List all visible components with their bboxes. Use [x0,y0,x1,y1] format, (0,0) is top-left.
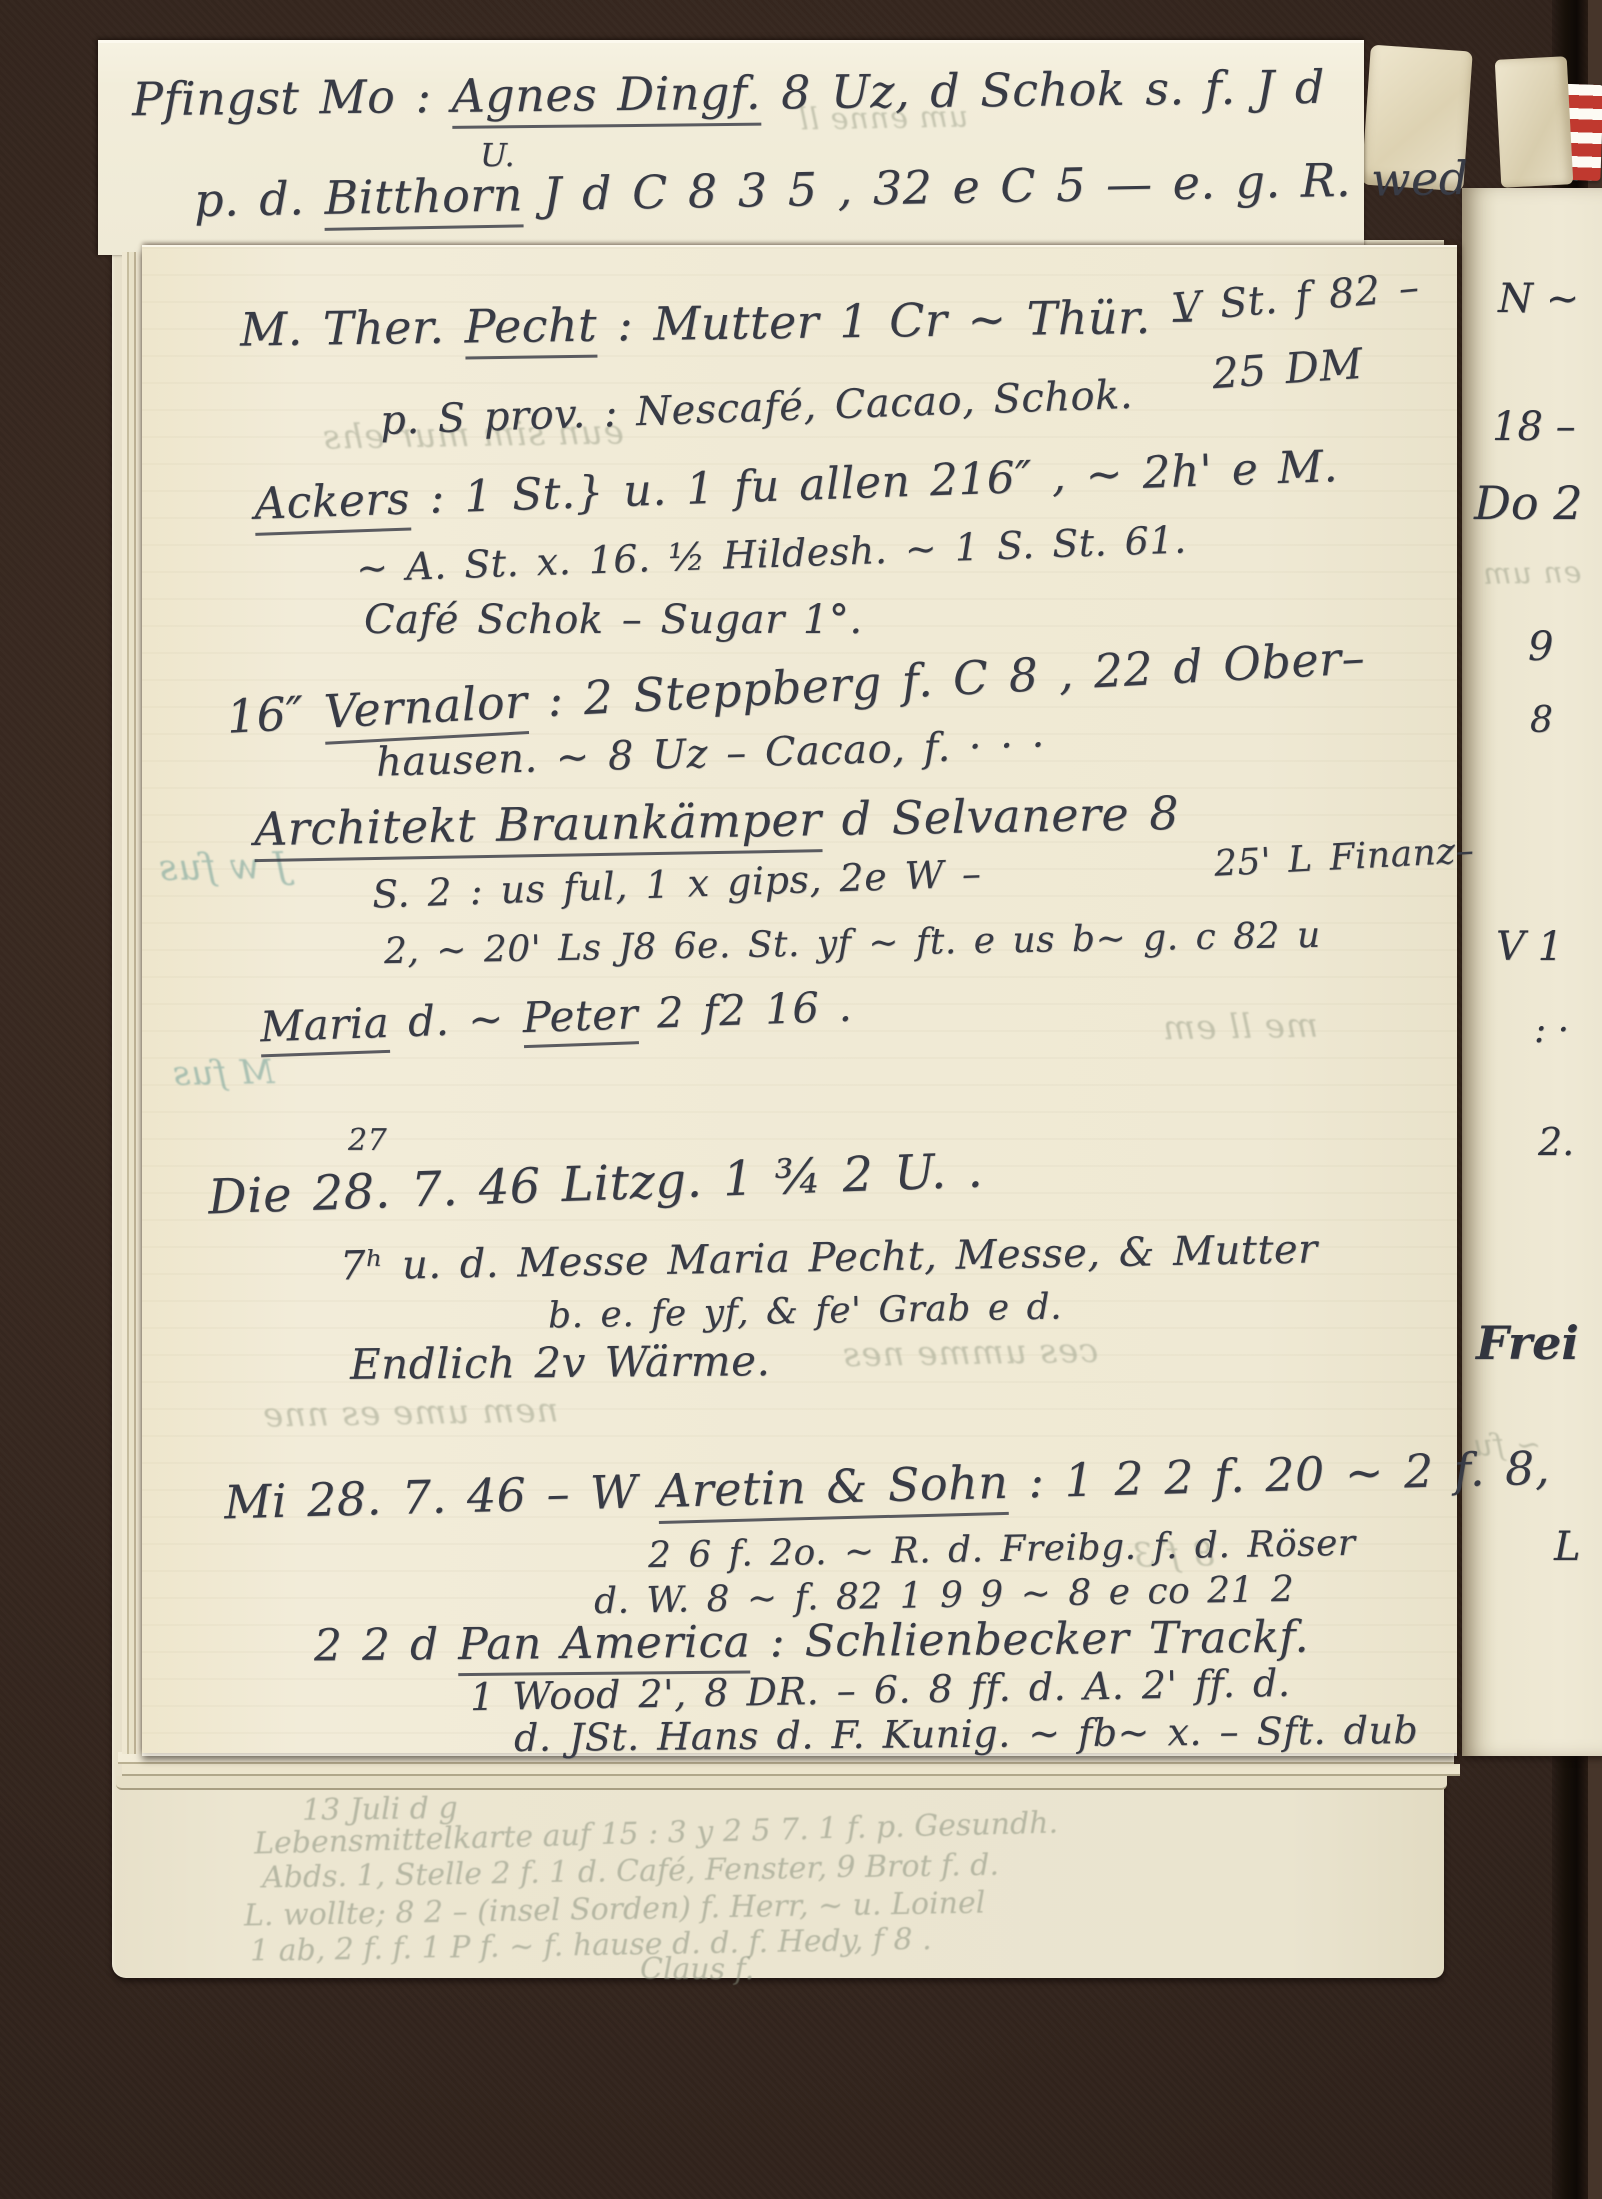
line-text: Pfingst Mo : [132,69,452,126]
line-text: d Selvanere 8 [821,786,1179,846]
handwriting-fragment: Frei [1476,1316,1579,1370]
underlined-text: Architekt Braunkämper [254,792,823,862]
underlined-text: Pan America [458,1617,751,1677]
underlined-text: Maria [259,998,390,1057]
handwriting-fragment: V 1 [1496,924,1563,970]
underlined-text: Bitthorn [324,167,523,230]
line-text: 2 f2 16 . [637,982,853,1038]
handwriting-line: ~ A. St. x. 16. ½ Hildesh. ~ 1 S. St. 61… [356,521,1188,590]
ghost-mark: en um [1482,555,1582,592]
ghost-mark: ces umme nes [842,1331,1099,1375]
underlined-text: Peter [522,989,639,1048]
handwriting-fragment: Do 2 [1474,476,1582,530]
handwriting-fragment: 9 [1528,624,1553,670]
line-text: 16″ [225,685,325,744]
handwriting-line: p. d. Bitthorn J d C 8 3 5 , 32 e C 5 — … [194,154,1469,225]
handwriting-fragment: L [1554,1524,1581,1570]
ghost-mark: nem ume es nne [262,1390,559,1435]
line-text: J d C 8 3 5 , 32 e C 5 — e. g. R. wed [522,151,1469,221]
handwriting-line: b. e. fe yf, & fe' Grab e d. [548,1289,1063,1336]
handwriting-line: Endlich 2v Wärme. [350,1339,771,1387]
handwriting-line: 25' L Finanz– [1213,832,1475,883]
underlined-text: Vernalor [323,674,530,745]
right-page: N ~ 18 – Do 2 9 8 V 1 : · 2. Frei L en u… [1462,188,1602,1756]
handwriting-line: Maria d. ~ Peter 2 f2 16 . [259,985,853,1050]
handwriting-fragment: 8 [1530,700,1553,741]
diary-photo: 13 Juli d g Lebensmittelkarte auf 15 : 3… [0,0,1602,2199]
line-text: 2 2 d [314,1619,459,1671]
handwriting-line: V St. f 82 – [1171,266,1421,329]
top-page: Pfingst Mo : Agnes Dingf. 8 Uz, d Schok … [98,40,1364,255]
underlined-text: Aretin & Sohn [657,1455,1009,1524]
handwriting-line: Pfingst Mo : Agnes Dingf. 8 Uz, d Schok … [132,63,1325,124]
main-page: eun sim mur ehs J w fus me ll em M fus n… [142,245,1457,1753]
line-text: : Mutter 1 Cr ~ Thür. – [597,289,1195,351]
underlined-text: Ackers [253,473,411,535]
superscript-date: 27 [348,1125,387,1157]
line-text: Mi 28. 7. 46 – W [224,1464,659,1529]
handwriting-fragment: 2. [1538,1120,1574,1164]
handwriting-line: d. JSt. Hans d. F. Kunig. ~ fb~ x. – Sft… [514,1711,1419,1759]
handwriting-fragment: N ~ [1498,276,1579,322]
line-text: p. d. [194,171,325,227]
handwriting-line: 2 2 d Pan America : Schlienbecker Trackf… [314,1615,1309,1670]
page-stack-left-edge [122,252,144,1754]
handwriting-fragment: 18 – [1492,404,1576,450]
handwriting-line: 2 6 f. 2o. ~ R. d. Freibg. f. d. Röser [648,1525,1356,1575]
line-text: d. ~ [388,993,523,1047]
ghost-mark: M fus [172,1052,275,1094]
underlined-text: Pecht [464,298,597,360]
ghost-mark: um enne ll [798,100,969,138]
handwriting-line: Mi 28. 7. 46 – W Aretin & Sohn : 1 2 2 f… [224,1444,1551,1527]
handwriting-line: Architekt Braunkämper d Selvanere 8 [254,789,1180,853]
paper-bundle-right [1495,56,1574,188]
underlined-text: Agnes Dingf. [451,66,761,129]
page-stack-edge [116,1776,1447,1790]
ghost-line: Claus f. [640,1952,754,1987]
handwriting-line: 2, ~ 20' Ls J8 6e. St. yf ~ ft. e us b~ … [384,917,1321,971]
handwriting-fragment: : · [1534,1010,1569,1051]
handwriting-line: Die 28. 7. 46 Litzg. 1 ¾ 2 U. . [207,1145,984,1222]
handwriting-line: S. 2 : us ful, 1 x gips, 2e W – [371,854,982,915]
line-text: : 2 Steppberg f. C 8 , 22 d Ober– [526,630,1366,728]
handwriting-line: 25 DM [1211,342,1365,397]
line-text: M. Ther. [240,300,465,357]
handwriting-line: 7ʰ u. d. Messe Maria Pecht, Messe, & Mut… [340,1228,1318,1287]
line-text: : Schlienbecker Trackf. [750,1612,1309,1668]
ghost-mark: me ll em [1162,1006,1319,1049]
page-stack-edge [122,1764,1460,1776]
handwriting-line: M. Ther. Pecht : Mutter 1 Cr ~ Thür. – [240,292,1195,354]
handwriting-line: Café Schok – Sugar 1°. [364,599,863,641]
handwriting-line: 16″ Vernalor : 2 Steppberg f. C 8 , 22 d… [226,633,1367,741]
handwriting-line: p. S prov. : Nescafé, Cacao, Schok. [379,374,1133,442]
handwriting-line: Ackers : 1 St.} u. 1 fu allen 216″ , ~ 2… [254,444,1339,528]
